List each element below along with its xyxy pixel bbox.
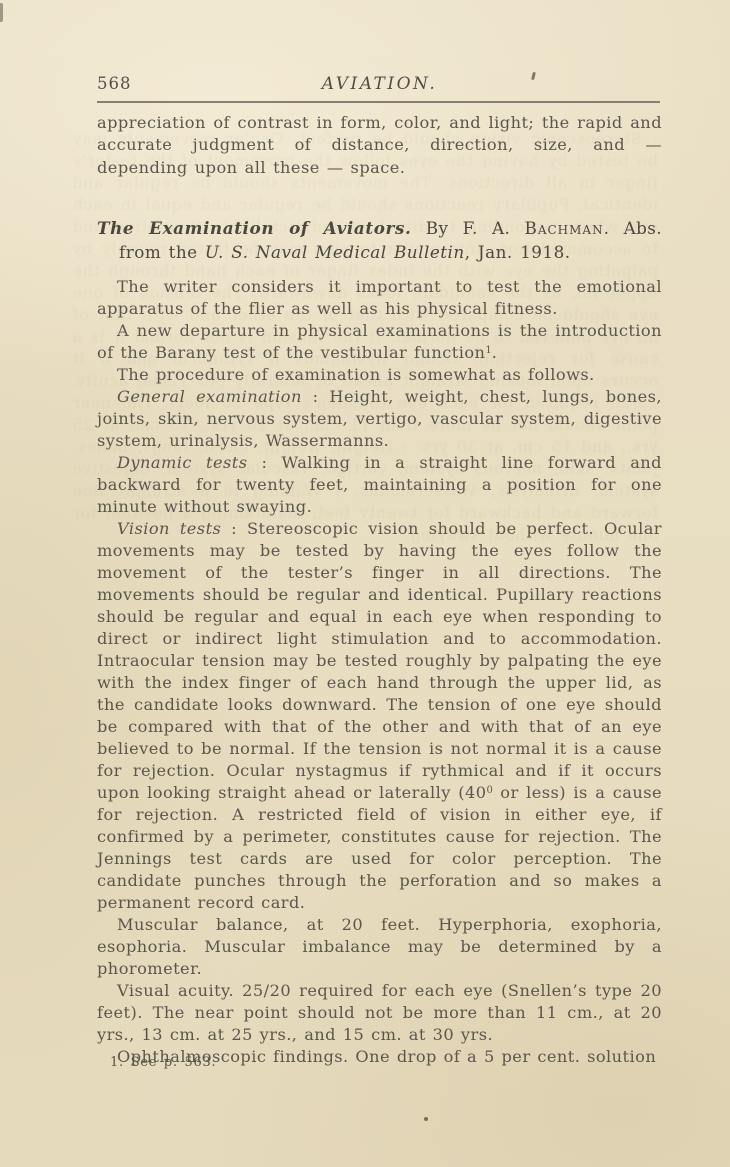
paragraph: Visual acuity. 25/20 required for each e… [97, 980, 662, 1046]
source-prefix: from the [119, 242, 198, 262]
footnote: 1. See p. 563. [110, 1055, 216, 1070]
article-author: Bachman [525, 218, 604, 238]
paragraph-lead: Dynamic tests [117, 453, 247, 472]
scanned-page: : Stereoscopic vision should be perfect.… [0, 0, 730, 1167]
article-heading: The Examination of Aviators. By F. A. Ba… [97, 217, 662, 264]
paragraph: The writer considers it important to tes… [97, 276, 662, 320]
article-byline-tail: . Abs. [604, 218, 662, 238]
paragraph-lead: Vision tests [117, 519, 221, 538]
paragraph: Vision tests : Stereoscopic vision shoul… [97, 518, 662, 914]
paragraph-lead: General examination [117, 387, 302, 406]
article-title-line: The Examination of Aviators. By F. A. Ba… [97, 217, 662, 241]
page-header: 568 AVIATION. [97, 74, 662, 98]
paragraph: General examination : Height, weight, ch… [97, 386, 662, 452]
article-body: The writer considers it important to tes… [97, 276, 662, 1068]
paragraph: Muscular balance, at 20 feet. Hyperphori… [97, 914, 662, 980]
article-source-line: from the U. S. Naval Medical Bulletin, J… [97, 241, 662, 265]
scan-artifact-corner [0, 3, 3, 22]
article-byline: By F. A. [426, 218, 511, 238]
paragraph: The procedure of examination is somewhat… [97, 364, 662, 386]
scan-artifact-dot [424, 1117, 428, 1121]
header-rule [97, 101, 660, 103]
article-title: The Examination of Aviators. [97, 218, 411, 238]
paragraph: Dynamic tests : Walking in a straight li… [97, 452, 662, 518]
source-tail: , Jan. 1918. [465, 242, 571, 262]
running-title: AVIATION. [97, 74, 662, 94]
intro-paragraph: appreciation of contrast in form, color,… [97, 112, 662, 179]
source-title: U. S. Naval Medical Bulletin [205, 242, 465, 262]
paragraph: A new departure in physical examinations… [97, 320, 662, 364]
